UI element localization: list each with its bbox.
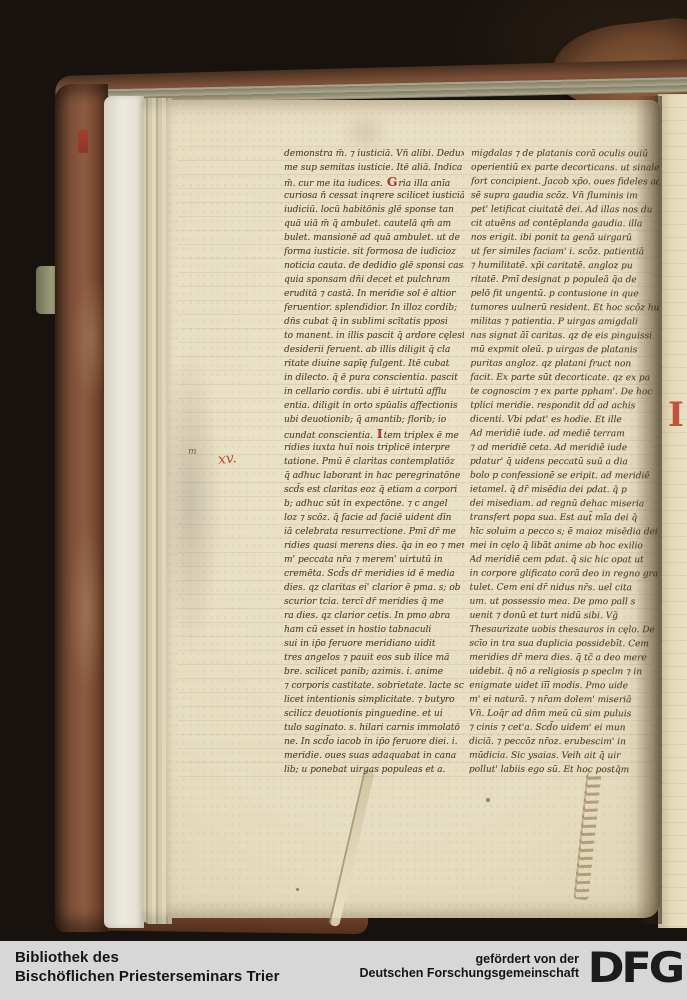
manuscript-line: dies. qz claritas ei' clarior ē pma. s; … [284, 581, 464, 595]
manuscript-line: tatione. Pmū ē claritas contemplatiōz [284, 455, 464, 469]
manuscript-line: dn̄s cubat q̄ in sublimi scītatis pposi [284, 315, 464, 329]
manuscript-line: b; adhuc sūt in expectōne. ⁊ c angel [284, 497, 464, 511]
manuscript-line: in dilecto. q̄ ē pura conscientia. pasci… [284, 371, 464, 385]
manuscript-line: ⁊ humilitatē. xp̄i caritatē. angloz pu [471, 259, 659, 274]
manuscript-line: bolo p confessionē se eripit. ad meridiē [470, 469, 658, 484]
quire-mark: m [188, 447, 197, 457]
manuscript-line: ⁊ ad meridiē ceta. Ad meridiē iude [470, 441, 658, 456]
manuscript-line: desiderii feruent. ab illis diligit q̄ c… [284, 343, 464, 357]
manuscript-line: scīo in tra sua duplicia possidebīt. Cem [469, 637, 657, 652]
manuscript-line: quā uiā m̄ q̄ ambulet. cautelā qm̄ am [284, 217, 464, 231]
manuscript-line: eruditā ⁊ castā. In meridie sol ē altior [284, 287, 464, 301]
manuscript-line: Thesaurizate uobis thesauros in cęlo. De [469, 623, 657, 638]
library-name-line1: Bibliothek des [15, 948, 280, 967]
manuscript-line: bulet. mansionē ad quā ambulet. ut de [284, 231, 464, 245]
manuscript-line: uenit ⁊ donū et turt nidū sibi. Vḡ [469, 609, 657, 624]
manuscript-line: dicenti. Vbi pdat' es hodie. Et ille [470, 413, 658, 428]
manuscript-line: Ad meridiē cem pdat. q̄ sic hic opat ut [470, 553, 658, 568]
manuscript-line: demonstra m̄. ⁊ iusticiā. Vn̄ alibi. Ded… [284, 147, 464, 161]
gutter-shadow [636, 96, 662, 924]
manuscript-line: pollut' labiis ego sū. Et hoc postq̄m [469, 763, 657, 778]
right-text-column: migdalas ⁊ de platanis corā oculis ouiūo… [469, 147, 659, 778]
manuscript-line: dei misediam. ad regnū dehac miseria [470, 497, 658, 512]
manuscript-line: scd̄s est claritas eoz q̄ etiam a corpor… [284, 483, 464, 497]
manuscript-line: cundat conscientia. Item triplex ē me [284, 427, 464, 441]
dfg-logo: DFG [588, 946, 682, 990]
manuscript-line: uidebit. q̄ nō a religiosis p speclm ⁊ i… [469, 665, 657, 680]
manuscript-line: ra dies. qz clarior cetis. In pmo abra [284, 609, 464, 623]
manuscript-line: transfert popa sua. Est aut̄ mīa dei q̄ [470, 511, 658, 526]
manuscript-line: ridies quasi merens dies. q̄a in eo ⁊ me… [284, 539, 464, 553]
manuscript-line: ⁊ corporis castitate. sobrietate. lacte … [284, 679, 464, 693]
manuscript-line: bre. scilicet panib; azimis. i. anime [284, 665, 464, 679]
manuscript-line: migdalas ⁊ de platanis corā oculis ouiū [471, 147, 659, 162]
manuscript-line: iudiciū. locū habitōnis glē sponse tan [284, 203, 464, 217]
manuscript-line: ⁊ cinis ⁊ cet'a. Scd̄o uidem' ei mun [469, 721, 657, 736]
manuscript-line: ritatē. Pmī designat p populeā q̄a de [471, 273, 659, 288]
manuscript-line: pelō fit ungentū. p contusione in que [471, 287, 659, 302]
manuscript-line: me sup semitas iusticie. Itē aliā. Indic… [284, 161, 464, 175]
manuscript-line: Ad meridiē iude. ad mediē terram [470, 427, 658, 442]
funding-credit: gefördert von der Deutschen Forschungsge… [360, 952, 580, 980]
manuscript-line: licet intentionis simplicitate. ⁊ butyro [284, 693, 464, 707]
manuscript-line: ham cū esset in hostio tabnaculi [284, 623, 464, 637]
manuscript-line: nas signat āī caritas. qz de eis pinguis… [470, 329, 658, 344]
rubric-initial: I [376, 426, 384, 441]
manuscript-line: ubi deuotionib; q̄ amantib; florib; io [284, 413, 464, 427]
manuscript-line: cremēta. Scd̄s dr̄ meridies id ē media [284, 567, 464, 581]
manuscript-line: mū expmit oleū. p uirgas de platanis [470, 343, 658, 358]
manuscript-line: operientiū ex parte decorticans. ut sina… [471, 161, 659, 176]
manuscript-line: scurior tcia. tercī dr̄ meridies q̄ me [284, 595, 464, 609]
manuscript-line: hīc soluim a pecco s; ē maioz misēdia de… [470, 525, 658, 540]
manuscript-line: militas ⁊ patientia. P uirgas amigdali [470, 315, 658, 330]
flyleaf-edge [104, 96, 144, 928]
manuscript-line: pet' letificat ciuitatē dei. Ad illas no… [471, 203, 659, 218]
manuscript-line: diciā. ⁊ peccōz nr̄oz. erubescim' in [469, 735, 657, 750]
manuscript-line: tulo saginato. s. hilari carnis immolatō [284, 721, 464, 735]
manuscript-line: ne. In scd̄o iacob in ip̄o feruore diei.… [284, 735, 464, 749]
left-text-column: demonstra m̄. ⁊ iusticiā. Vn̄ alibi. Ded… [284, 147, 464, 777]
manuscript-line: noticia cauta. de dedidio glē sponsi cas… [284, 259, 464, 273]
manuscript-line: Vn̄. Loq̄r ad dn̄m meū cū sim puluis [469, 707, 657, 722]
manuscript-line: iā celebrata resurrectione. Pmī dr̄ me [284, 525, 464, 539]
manuscript-line: puritas angloz. qz platani fruct non [470, 357, 658, 372]
manuscript-line: nos erigit. ibi ponit ta genā uirgarū [471, 231, 659, 246]
manuscript-line: tres angelos ⁊ pauit eos sub ilice mā [284, 651, 464, 665]
chapter-number-marginal: xv. [217, 450, 237, 468]
manuscript-line: mei in cęlo q̄ libāt anime ab hoc exilio [470, 539, 658, 554]
manuscript-line: tumores uulnerū resident. Et hoc scōz hu [471, 301, 659, 316]
manuscript-line: m' ei naturā. ⁊ nr̄am dolem' miseriā [469, 693, 657, 708]
manuscript-line: curiosa n̄ cessat inqrere scilicet iusti… [284, 189, 464, 203]
manuscript-line: in corpore glificato corā deo in regno g… [470, 567, 658, 582]
manuscript-line: meridie. oues suas adaquabat in cana [284, 749, 464, 763]
funding-credit-line1: gefördert von der [360, 952, 580, 966]
manuscript-line: q̄ adhuc laborant in hac peregrinatōne [284, 469, 464, 483]
manuscript-line: loz ⁊ scōz. q̄ facie ad faciē uident dīn [284, 511, 464, 525]
book-cover-left-edge [55, 84, 108, 932]
manuscript-line: ritate diuine sapīę fulgent. Itē cubat [284, 357, 464, 371]
manuscript-line: in cellario cordis. ubi ē uirtutū afflu [284, 385, 464, 399]
manuscript-line: m̄. cur me ita iudices. Gria illa anīa [284, 175, 464, 189]
manuscript-line: tplici meridie. respondit dd̄ ad achis [470, 399, 658, 414]
manuscript-line: sē supra gaudia scōz. Vn̄ fluminis im [471, 189, 659, 204]
library-name-line2: Bischöflichen Priesterseminars Trier [15, 967, 280, 986]
manuscript-line: ridies iuxta huī nois triplicē interpre [284, 441, 464, 455]
manuscript-line: lib; u ponebat uirgas populeas et a. [284, 763, 464, 777]
ink-spot [486, 798, 490, 802]
manuscript-line: ut fer similes faciam' i. scōz. patienti… [471, 245, 659, 260]
manuscript-line: feruentior. splendidior. In illoz cordib… [284, 301, 464, 315]
manuscript-line: um. ut possessio mea. De pmo pall s [469, 595, 657, 610]
manuscript-line: to manent. in illis pascit q̄ ardore cęl… [284, 329, 464, 343]
manuscript-line: ietamel. q̄ dr̄ misēdia dei pdat. q̄ p [470, 483, 658, 498]
manuscript-line: scilicz deuotionis pinguedine. et ui [284, 707, 464, 721]
footer-bar: Bibliothek des Bischöflichen Priestersem… [0, 941, 687, 1000]
manuscript-line: m' peccata nr̄a ⁊ merem' uirtutū in [284, 553, 464, 567]
manuscript-line: fort concipient. Jacob xp̄o. oues fidele… [471, 175, 659, 190]
spine-label-fragment [78, 130, 88, 153]
library-name: Bibliothek des Bischöflichen Priestersem… [15, 948, 280, 986]
manuscript-line: quia sponsam dn̄i decet et pulchram [284, 273, 464, 287]
funding-credit-line2: Deutschen Forschungsgemeinschaft [360, 966, 580, 980]
manuscript-line: pdatur' q̄ uidens peccatū suū a dia [470, 455, 658, 470]
facing-page-sliver [658, 94, 687, 928]
rubric-initial: G [386, 174, 399, 189]
ink-spot [296, 888, 299, 891]
manuscript-line: te cognoscim ⁊ ex parte ppham'. De hoc [470, 385, 658, 400]
manuscript-line: meridies dr̄ mera dies. q̄ tc̄ a deo mer… [469, 651, 657, 666]
manuscript-line: facit. Ex parte sūt decorticate. qz ex p… [470, 371, 658, 386]
manuscript-line: mūdicia. Sic ysaias. Veih ait q̄ uir [469, 749, 657, 764]
manuscript-line: enigmate uidet iīī modis. Pmo uide [469, 679, 657, 694]
facing-page-rubric-initial: I [668, 398, 684, 432]
manuscript-line: entia. diligit in orto spūalis affection… [284, 399, 464, 413]
manuscript-scan-page: demonstra m̄. ⁊ iusticiā. Vn̄ alibi. Ded… [0, 0, 687, 1000]
manuscript-line: sui in ip̄o feruore meridiano uidit [284, 637, 464, 651]
manuscript-line: tulet. Cem eni dr̄ nidus nr̄s. uel cita [470, 581, 658, 596]
manuscript-line: cit atuēns ad contēplanda gaudia. illa [471, 217, 659, 232]
manuscript-line: forma iusticie. sit formosa de iudicioz [284, 245, 464, 259]
